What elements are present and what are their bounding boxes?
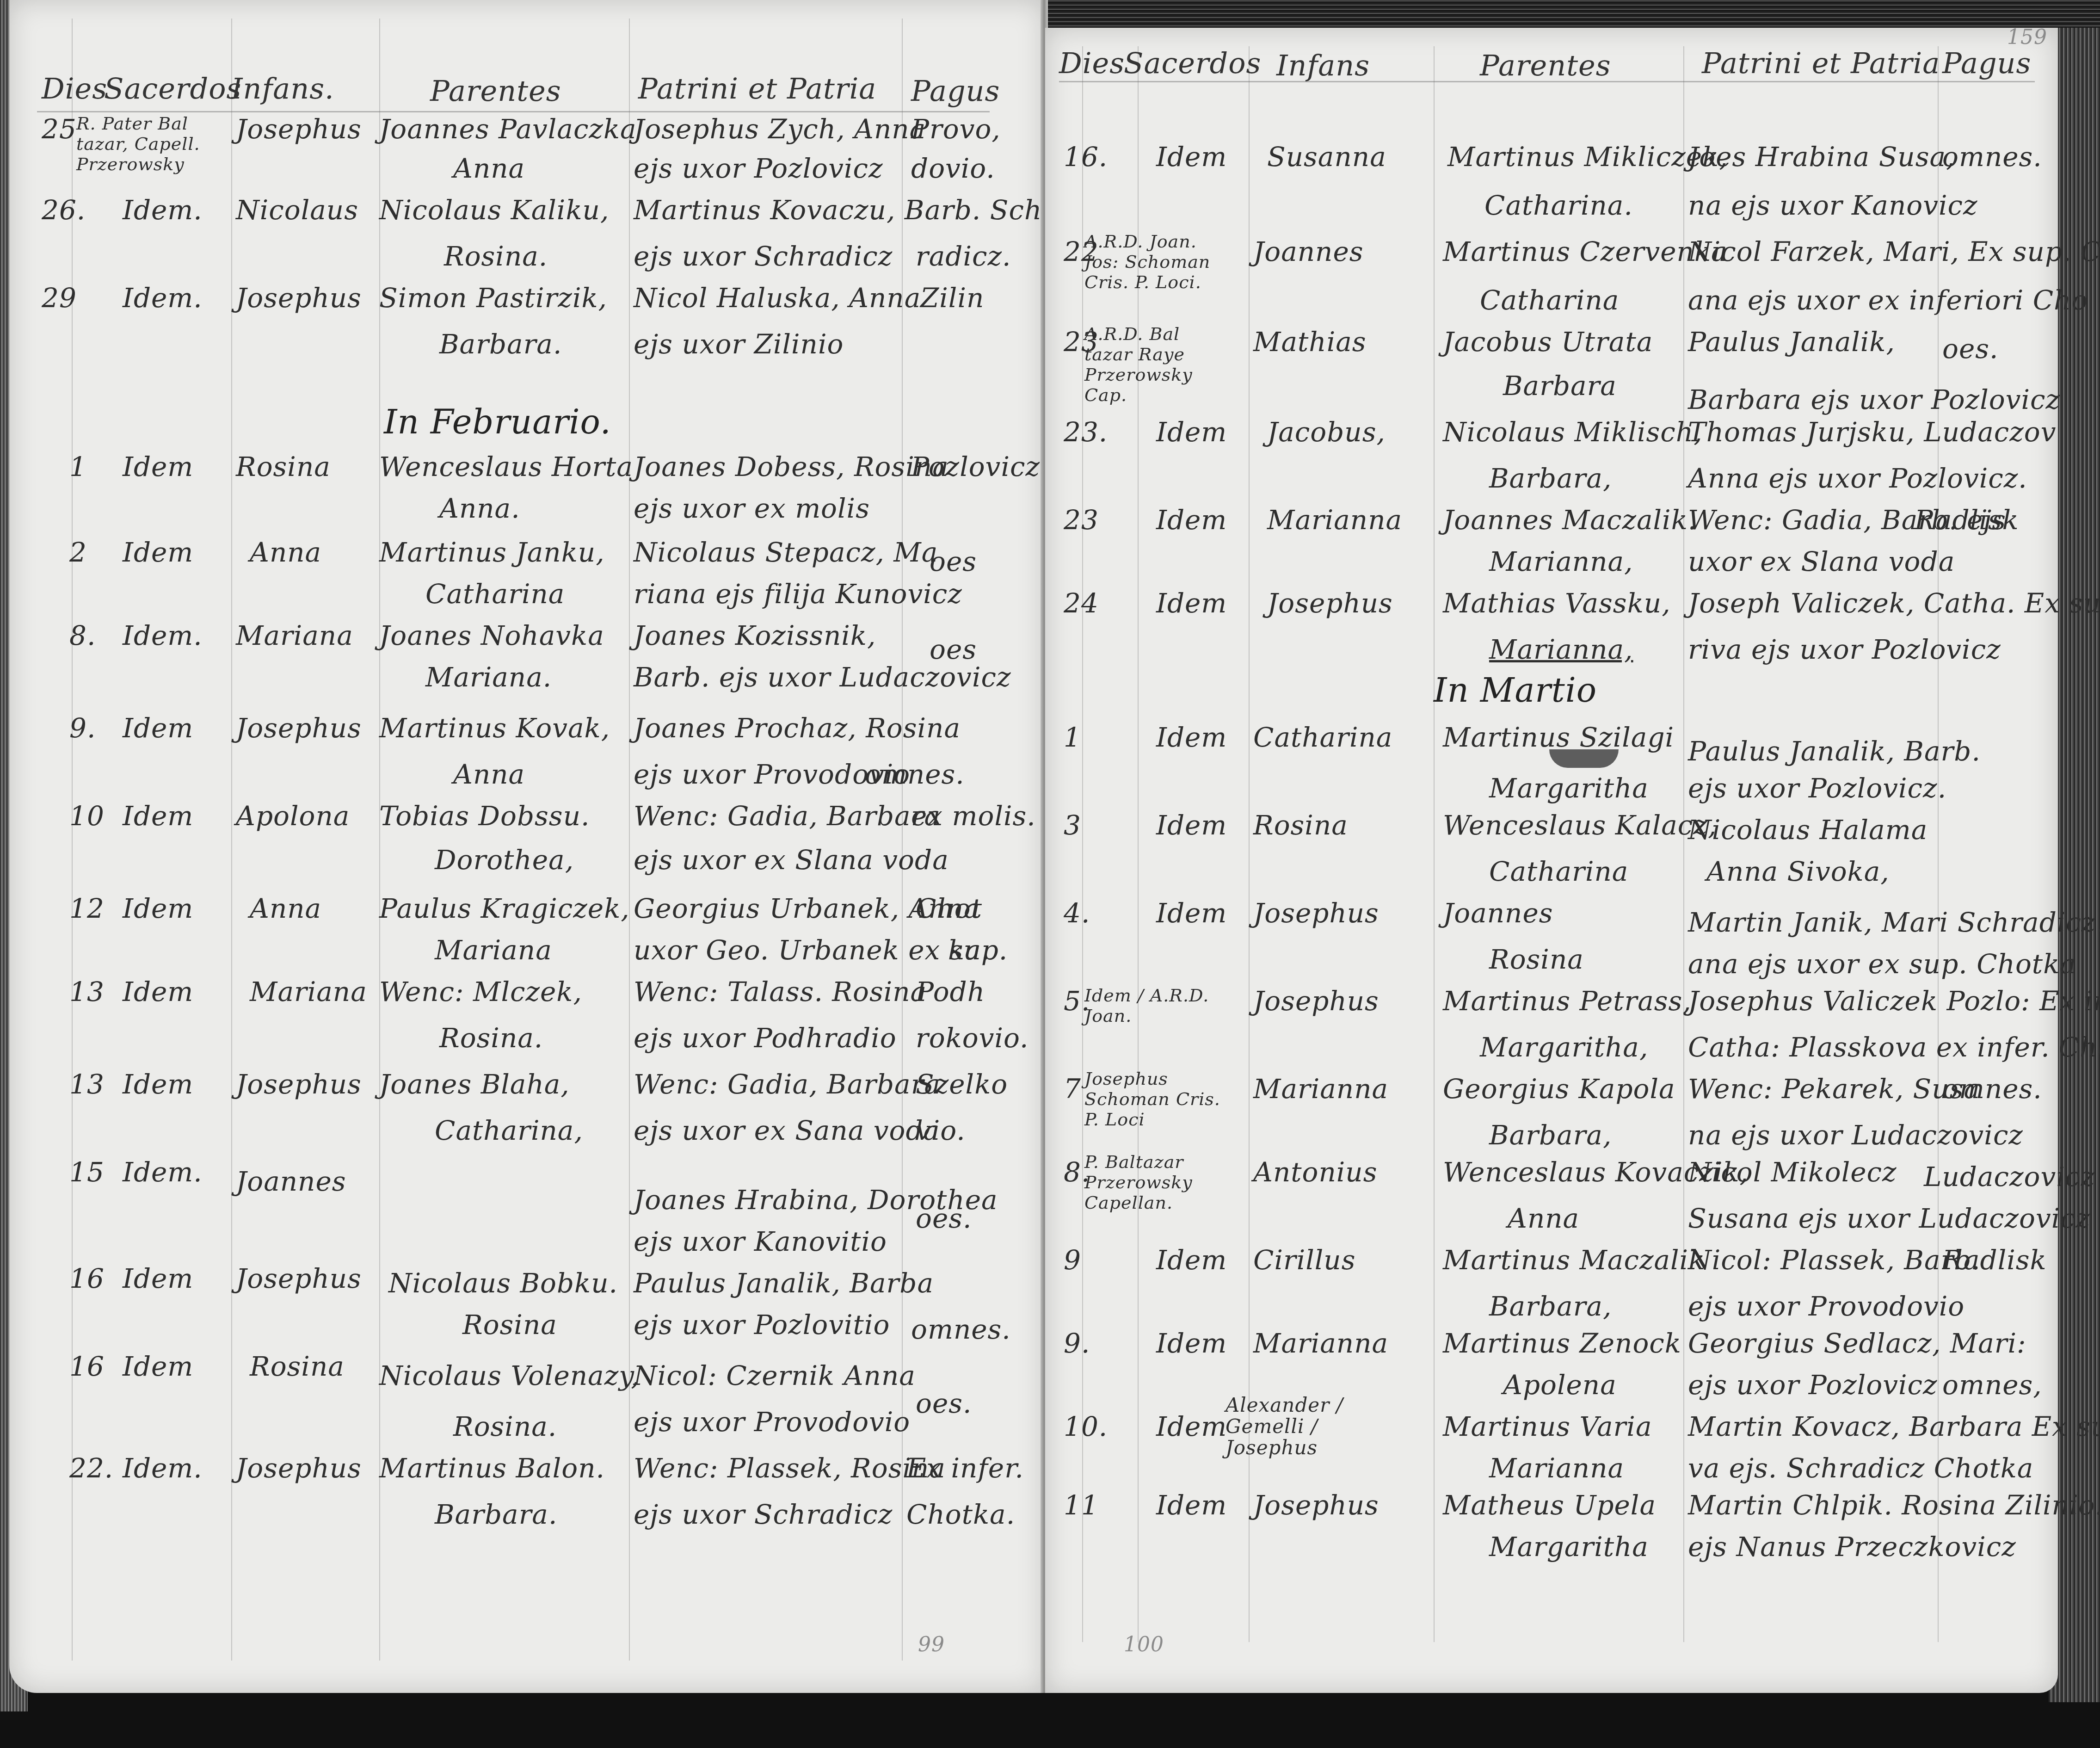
entry-dies: 23 bbox=[1064, 504, 1099, 536]
entry-sacerdos: Idem bbox=[123, 1351, 193, 1382]
entry-father: Joanes Blaha, bbox=[379, 1069, 570, 1100]
ink-blot bbox=[1549, 749, 1619, 768]
entry-dies: 23. bbox=[1064, 416, 1108, 448]
column-rule bbox=[1082, 46, 1083, 1642]
entry-godparents: Georgius Sedlacz, Mari: bbox=[1688, 1328, 2026, 1359]
entry-dies: 9 bbox=[1064, 1244, 1081, 1276]
entry-father: Wenceslaus Horta bbox=[379, 451, 633, 482]
page-number-right: 100 bbox=[1124, 1633, 1164, 1656]
month-header-februario: In Februario. bbox=[384, 402, 611, 441]
entry-pagus: oes bbox=[930, 546, 977, 577]
entry-pagus: Ex infer. bbox=[906, 1452, 1024, 1484]
month-header-martio: In Martio bbox=[1434, 671, 1597, 710]
entry-godparents: Thomas Jurjsku, Ludaczov bbox=[1688, 416, 2057, 448]
entry-godparents-2: na ejs uxor Ludaczovicz bbox=[1688, 1119, 2023, 1151]
column-rule bbox=[231, 19, 232, 1661]
entry-dies: 15 bbox=[69, 1156, 105, 1188]
entry-godparents: Martinus Kovaczu, Barb. Sch bbox=[634, 194, 1042, 226]
entry-pagus-2: rokovio. bbox=[916, 1022, 1028, 1054]
entry-pagus: omnes. bbox=[1942, 1073, 2042, 1105]
entry-sacerdos: Idem. bbox=[123, 1156, 203, 1188]
entry-pagus: oes. bbox=[916, 1388, 972, 1419]
entry-sacerdos: Idem bbox=[1156, 587, 1227, 619]
entry-mother: Barbara, bbox=[1489, 1291, 1612, 1322]
entry-mother: Rosina. bbox=[439, 1022, 543, 1054]
entry-godparents: Nicol Haluska, Anna bbox=[634, 282, 921, 314]
entry-infans: Mariana bbox=[236, 620, 353, 651]
entry-godparents-2: Barbara ejs uxor Pozlovicz bbox=[1688, 384, 2060, 415]
entry-godparents-2: ejs uxor Provodovio bbox=[1688, 1291, 1965, 1322]
entry-godparents-2: ana ejs uxor ex sup. Chotka bbox=[1688, 948, 2076, 980]
entry-infans: Joannes bbox=[1253, 236, 1364, 267]
entry-dies: 24 bbox=[1064, 587, 1099, 619]
entry-infans: Rosina bbox=[1253, 809, 1348, 841]
entry-mother: Marianna, bbox=[1489, 546, 1633, 577]
entry-godparents-2: ejs uxor Pozlovicz. bbox=[1688, 772, 1946, 804]
col-header-dies: Dies bbox=[42, 72, 107, 105]
entry-pagus: Radlisk bbox=[1915, 504, 2019, 536]
entry-godparents: Nicolaus Halama bbox=[1688, 814, 1928, 846]
entry-mother: Barbara. bbox=[439, 328, 562, 360]
entry-mother: Anna. bbox=[439, 493, 520, 524]
column-rule bbox=[379, 19, 380, 1661]
entry-dies: 1 bbox=[69, 451, 87, 482]
entry-godparents: Joes Hrabina Susa, bbox=[1688, 141, 1955, 173]
entry-godparents-2: ana ejs uxor ex inferiori Cho bbox=[1688, 284, 2088, 316]
entry-infans: Mariana bbox=[250, 976, 367, 1007]
entry-mother: Barbara, bbox=[1489, 463, 1612, 494]
entry-father: Nicolaus Kaliku, bbox=[379, 194, 609, 226]
entry-dies: 13 bbox=[69, 976, 105, 1007]
entry-sacerdos: Idem bbox=[123, 976, 193, 1007]
column-rule bbox=[72, 19, 73, 1661]
entry-godparents-2: na ejs uxor Kanovicz bbox=[1688, 190, 1978, 221]
entry-father: Joannes bbox=[1443, 897, 1553, 929]
entry-mother: Rosina. bbox=[444, 241, 548, 272]
entry-pagus-2: omnes. bbox=[865, 759, 965, 790]
entry-father: Paulus Kragiczek, bbox=[379, 893, 630, 924]
entry-godparents-2: ejs Nanus Przeczkovicz bbox=[1688, 1531, 2016, 1563]
entry-dies: 1 bbox=[1064, 722, 1081, 753]
entry-godparents-2: ejs uxor Kanovitio bbox=[634, 1226, 887, 1257]
entry-godparents-2: ejs uxor Pozlovicz bbox=[634, 153, 883, 184]
entry-infans: Nicolaus bbox=[236, 194, 358, 226]
entry-godparents-2: ejs uxor Schradicz bbox=[634, 1499, 893, 1530]
entry-mother: Rosina bbox=[462, 1309, 557, 1340]
entry-father: Wenceslaus Kalacz, bbox=[1443, 809, 1717, 841]
entry-father: Georgius Kapola bbox=[1443, 1073, 1675, 1105]
entry-godparents: Paulus Janalik, Barba bbox=[634, 1267, 934, 1299]
col-header-patrini: Patrini et Patria bbox=[638, 72, 876, 105]
entry-sacerdos: R. Pater Bal tazar, Capell. Przerowsky bbox=[76, 113, 234, 174]
entry-father: Matheus Upela bbox=[1443, 1489, 1656, 1521]
entry-infans: Josephus bbox=[1253, 897, 1379, 929]
entry-infans: Anna bbox=[250, 537, 321, 568]
entry-godparents-2: Susana ejs uxor Ludaczovicz bbox=[1688, 1203, 2090, 1234]
entry-godparents: Paulus Janalik, Barb. bbox=[1688, 735, 1981, 767]
entry-father: Martinus Petrass, bbox=[1443, 985, 1692, 1017]
entry-sacerdos: Idem bbox=[1156, 809, 1227, 841]
entry-pagus-2: dovio. bbox=[911, 153, 995, 184]
entry-pagus: Chot bbox=[916, 893, 982, 924]
col-header-sacerdos: Sacerdos bbox=[104, 72, 241, 105]
col-header-dies: Dies bbox=[1059, 46, 1125, 80]
entry-father: Nicolaus Miklisch, bbox=[1443, 416, 1703, 448]
entry-pagus: omnes. bbox=[911, 1314, 1011, 1345]
entry-pagus: Provo, bbox=[911, 113, 1001, 145]
entry-godparents-2: uxor ex Slana voda bbox=[1688, 546, 1955, 577]
entry-godparents: Martin Kovacz, Barbara Ex superiori bbox=[1688, 1411, 2100, 1442]
entry-sacerdos: Idem. bbox=[123, 620, 203, 651]
col-header-infans: Infans bbox=[1276, 49, 1370, 82]
entry-father: Joannes Pavlaczka bbox=[379, 113, 637, 145]
entry-sacerdos: Idem bbox=[1156, 141, 1227, 173]
entry-pagus: omnes, bbox=[1942, 1369, 2042, 1401]
entry-pagus: oes. bbox=[916, 1203, 972, 1234]
entry-infans: Rosina bbox=[250, 1351, 345, 1382]
entry-godparents-2: ejs uxor Pozlovitio bbox=[634, 1309, 890, 1340]
entry-sacerdos: Idem bbox=[1156, 1244, 1227, 1276]
entry-godparents-2: ejs uxor Pozlovicz bbox=[1688, 1369, 1938, 1401]
column-rule bbox=[629, 19, 630, 1661]
entry-godparents-2: ejs uxor Zilinio bbox=[634, 328, 844, 360]
folio-number: 159 bbox=[2007, 25, 2047, 49]
entry-godparents: Joanes Dobess, Rosina bbox=[634, 451, 949, 482]
entry-sacerdos: Idem. bbox=[123, 1452, 203, 1484]
entry-godparents: Martin Janik, Mari Schradicz. bbox=[1688, 907, 2100, 938]
entry-godparents: Nicol Farzek, Mari, Ex sup. Cho bbox=[1688, 236, 2100, 267]
entry-infans: Anna bbox=[250, 893, 321, 924]
entry-infans: Josephus bbox=[1253, 985, 1379, 1017]
entry-sacerdos: Idem bbox=[1156, 1489, 1227, 1521]
entry-father: Martinus Janku, bbox=[379, 537, 605, 568]
entry-sacerdos: A.R.D. Joan. Jos: Schoman Cris. P. Loci. bbox=[1084, 231, 1232, 292]
entry-father: Martinus Mikliczek, bbox=[1447, 141, 1728, 173]
entry-godparents: Joseph Valiczek, Catha. Ex sup. Chot bbox=[1688, 587, 2100, 619]
entry-godparents: Wenc: Gadia, Barbara bbox=[634, 800, 941, 832]
entry-infans: Josephus bbox=[236, 1263, 362, 1294]
entry-dies: 9. bbox=[69, 712, 96, 744]
entry-infans: Mathias bbox=[1253, 326, 1367, 358]
entry-father: Joannes Maczalik. bbox=[1443, 504, 1697, 536]
entry-infans: Jacobus, bbox=[1267, 416, 1386, 448]
entry-godparents: Nicol: Czernik Anna bbox=[634, 1360, 916, 1391]
entry-mother: Catharina bbox=[425, 578, 565, 610]
entry-sacerdos: Idem bbox=[1156, 1328, 1227, 1359]
entry-godparents-2: ejs uxor ex Slana voda bbox=[634, 844, 949, 876]
entry-godparents-2: va ejs. Schradicz Chotka bbox=[1688, 1452, 2033, 1484]
entry-sacerdos: Idem bbox=[123, 451, 193, 482]
entry-sacerdos: Idem bbox=[1156, 897, 1227, 929]
entry-father: Martinus Czervenka bbox=[1443, 236, 1728, 267]
entry-godparents: Wenc: Talass. Rosina bbox=[634, 976, 927, 1007]
entry-infans: Josephus bbox=[1253, 1489, 1379, 1521]
entry-infans: Marianna bbox=[1253, 1073, 1388, 1105]
entry-mother: Barbara bbox=[1503, 370, 1617, 401]
entry-father: Martinus Varia bbox=[1443, 1411, 1652, 1442]
header-underline bbox=[37, 111, 990, 112]
entry-sacerdos: Idem bbox=[123, 537, 193, 568]
entry-father: Wenc: Mlczek, bbox=[379, 976, 582, 1007]
entry-mother: Catharina bbox=[1489, 856, 1628, 887]
entry-mother: Margaritha bbox=[1489, 1531, 1649, 1563]
entry-dies: 2 bbox=[69, 537, 87, 568]
entry-godparents: Wenc: Pekarek, Susa bbox=[1688, 1073, 1980, 1105]
entry-infans: Joannes bbox=[236, 1166, 346, 1197]
entry-mother: Margaritha bbox=[1489, 772, 1649, 804]
entry-dies: 16. bbox=[1064, 141, 1108, 173]
col-header-infans: Infans. bbox=[231, 72, 334, 105]
entry-godparents-2: Catha: Plasskova ex infer. Chotka. bbox=[1688, 1032, 2100, 1063]
entry-godparents: Paulus Janalik, bbox=[1688, 326, 1895, 358]
entry-mother: Barbara. bbox=[435, 1499, 557, 1530]
entry-infans: Apolona bbox=[236, 800, 350, 832]
entry-father: Martinus Szilagi bbox=[1443, 722, 1674, 753]
entry-father: Nicolaus Bobku. bbox=[388, 1267, 618, 1299]
entry-mother: Rosina bbox=[1489, 944, 1584, 975]
entry-godparents-2: ejs uxor Podhradio bbox=[634, 1022, 897, 1054]
entry-infans: Josephus bbox=[236, 1452, 362, 1484]
entry-sacerdos: P. Baltazar Przerowsky Capellan. bbox=[1084, 1152, 1232, 1213]
entry-godparents-2: Anna Sivoka, bbox=[1706, 856, 1890, 887]
entry-godparents: Joanes Kozissnik, bbox=[634, 620, 876, 651]
entry-pagus-2: vio. bbox=[916, 1115, 966, 1146]
entry-infans: Josephus bbox=[236, 113, 362, 145]
column-rule bbox=[1683, 46, 1684, 1642]
entry-pagus: oes. bbox=[1942, 333, 1998, 364]
entry-dies: 9. bbox=[1064, 1328, 1090, 1359]
entry-infans: Josephus bbox=[236, 1069, 362, 1100]
entry-mother: Marianna, bbox=[1489, 634, 1633, 665]
entry-mother: Catharina, bbox=[435, 1115, 583, 1146]
entry-dies: 7 bbox=[1064, 1073, 1081, 1105]
entry-godparents-2: ejs uxor Schradicz bbox=[634, 241, 893, 272]
entry-dies: 22. bbox=[69, 1452, 113, 1484]
entry-father: Nicolaus Volenazy, bbox=[379, 1360, 640, 1391]
entry-infans-twins: Alexander / Gemelli / Josephus bbox=[1226, 1395, 1364, 1458]
entry-pagus: oes bbox=[930, 634, 977, 665]
entry-mother: Rosina. bbox=[453, 1411, 557, 1442]
entry-pagus: ex molis. bbox=[911, 800, 1036, 832]
entry-mother: Mariana. bbox=[425, 661, 552, 693]
entry-sacerdos: Idem bbox=[1156, 504, 1227, 536]
entry-father: Mathias Vassku, bbox=[1443, 587, 1671, 619]
entry-mother: Dorothea, bbox=[435, 844, 574, 876]
entry-dies: 4. bbox=[1064, 897, 1090, 929]
entry-father: Martinus Balon. bbox=[379, 1452, 605, 1484]
entry-mother: Margaritha, bbox=[1480, 1032, 1648, 1063]
entry-infans: Josephus bbox=[236, 712, 362, 744]
entry-godparents: Josephus Zych, Anna bbox=[634, 113, 926, 145]
entry-mother: Catharina. bbox=[1484, 190, 1633, 221]
col-header-pagus: Pagus bbox=[911, 74, 1000, 108]
entry-infans: Cirillus bbox=[1253, 1244, 1355, 1276]
entry-pagus-2: radicz. bbox=[916, 241, 1011, 272]
entry-sacerdos: A.R.D. Bal tazar Raye Przerowsky Cap. bbox=[1084, 324, 1232, 405]
entry-father: Simon Pastirzik, bbox=[379, 282, 607, 314]
entry-dies: 12 bbox=[69, 893, 105, 924]
entry-godparents: Joanes Prochaz, Rosina bbox=[634, 712, 961, 744]
entry-sacerdos: Idem bbox=[1156, 722, 1227, 753]
entry-godparents: Josephus Valiczek Pozlo: Ex infer. bbox=[1688, 985, 2100, 1017]
entry-godparents-2: ejs uxor ex molis bbox=[634, 493, 870, 524]
entry-pagus-2: ka. bbox=[948, 934, 990, 966]
entry-infans: Josephus bbox=[236, 282, 362, 314]
entry-godparents: Martin Chlpik. Rosina Zilinio. bbox=[1688, 1489, 2100, 1521]
entry-mother: Catharina bbox=[1480, 284, 1619, 316]
col-header-parentes: Parentes bbox=[430, 74, 561, 108]
entry-dies: 13 bbox=[69, 1069, 105, 1100]
entry-dies: 3 bbox=[1064, 809, 1081, 841]
entry-infans: Catharina bbox=[1253, 722, 1392, 753]
entry-godparents: Nicol Mikolecz bbox=[1688, 1156, 1897, 1188]
entry-father: Joanes Nohavka bbox=[379, 620, 604, 651]
entry-infans: Josephus bbox=[1267, 587, 1393, 619]
col-header-parentes: Parentes bbox=[1480, 49, 1611, 82]
entry-pagus: Zilin bbox=[920, 282, 984, 314]
entry-godparents-2: Barb. ejs uxor Ludaczovicz bbox=[634, 661, 1011, 693]
entry-pagus-2: Chotka. bbox=[906, 1499, 1015, 1530]
entry-dies: 25 bbox=[42, 113, 77, 145]
entry-father: Martinus Maczalik bbox=[1443, 1244, 1705, 1276]
left-page: Dies Sacerdos Infans. Parentes Patrini e… bbox=[9, 0, 1045, 1693]
entry-dies: 10 bbox=[69, 800, 105, 832]
entry-sacerdos: Idem bbox=[123, 712, 193, 744]
entry-infans: Rosina bbox=[236, 451, 331, 482]
entry-mother: Marianna bbox=[1489, 1452, 1624, 1484]
entry-mother: Apolena bbox=[1503, 1369, 1617, 1401]
entry-father: Tobias Dobssu. bbox=[379, 800, 590, 832]
entry-mother: Anna bbox=[1508, 1203, 1579, 1234]
entry-sacerdos: Idem bbox=[123, 893, 193, 924]
entry-pagus: Podh bbox=[916, 976, 985, 1007]
column-rule bbox=[1434, 46, 1435, 1642]
entry-infans: Antonius bbox=[1253, 1156, 1378, 1188]
entry-pagus: omnes. bbox=[1942, 141, 2042, 173]
entry-sacerdos: Idem bbox=[123, 800, 193, 832]
entry-godparents: Wenc: Plassek, Rosina bbox=[634, 1452, 946, 1484]
entry-infans: Marianna bbox=[1267, 504, 1402, 536]
page-number-left: 99 bbox=[918, 1633, 945, 1656]
entry-sacerdos: Idem. bbox=[123, 282, 203, 314]
entry-dies: 8. bbox=[69, 620, 96, 651]
entry-infans: Susanna bbox=[1267, 141, 1386, 173]
right-page: Dies Sacerdos Infans Parentes Patrini et… bbox=[1045, 28, 2058, 1693]
entry-pagus: Ludaczovicz bbox=[1924, 1161, 2095, 1192]
entry-dies: 16 bbox=[69, 1263, 105, 1294]
entry-dies: 10. bbox=[1064, 1411, 1108, 1442]
entry-dies: 16 bbox=[69, 1351, 105, 1382]
entry-sacerdos: Idem bbox=[1156, 1411, 1227, 1442]
entry-sacerdos: Idem bbox=[123, 1263, 193, 1294]
entry-godparents-2: Anna ejs uxor Pozlovicz. bbox=[1688, 463, 2027, 494]
entry-infans: Marianna bbox=[1253, 1328, 1388, 1359]
entry-godparents: Wenc: Gadia, Barbara bbox=[634, 1069, 941, 1100]
entry-sacerdos: Idem bbox=[1156, 416, 1227, 448]
entry-mother: Barbara, bbox=[1489, 1119, 1612, 1151]
entry-dies: 29 bbox=[42, 282, 77, 314]
entry-father: Martinus Kovak, bbox=[379, 712, 610, 744]
entry-pagus: Radlisk bbox=[1942, 1244, 2047, 1276]
entry-pagus: Szelko bbox=[916, 1069, 1008, 1100]
entry-mother: Anna bbox=[453, 759, 525, 790]
entry-dies: 11 bbox=[1064, 1489, 1099, 1521]
entry-sacerdos: Idem bbox=[123, 1069, 193, 1100]
entry-father: Martinus Zenock bbox=[1443, 1328, 1681, 1359]
entry-godparents-2: riana ejs filija Kunovicz bbox=[634, 578, 962, 610]
entry-father: Jacobus Utrata bbox=[1443, 326, 1653, 358]
entry-godparents: Nicolaus Stepacz, Ma bbox=[634, 537, 938, 568]
entry-godparents-2: riva ejs uxor Pozlovicz bbox=[1688, 634, 2001, 665]
col-header-patrini: Patrini et Patria bbox=[1702, 46, 1940, 80]
col-header-sacerdos: Sacerdos bbox=[1124, 46, 1261, 80]
entry-dies: 26. bbox=[42, 194, 86, 226]
entry-sacerdos: Idem / A.R.D. Joan. bbox=[1084, 985, 1232, 1026]
entry-godparents-2: ejs uxor ex Sana voda bbox=[634, 1115, 940, 1146]
entry-pagus: Pozlovicz bbox=[911, 451, 1040, 482]
entry-sacerdos: Josephus Schoman Cris. P. Loci bbox=[1084, 1069, 1232, 1130]
entry-mother: Mariana bbox=[435, 934, 552, 966]
entry-sacerdos: Idem. bbox=[123, 194, 203, 226]
entry-godparents: Nicol: Plassek, Barb. bbox=[1688, 1244, 1981, 1276]
entry-mother: Anna bbox=[453, 153, 525, 184]
col-header-pagus: Pagus bbox=[1942, 46, 2031, 80]
entry-godparents-2: ejs uxor Provodovio bbox=[634, 1406, 910, 1438]
